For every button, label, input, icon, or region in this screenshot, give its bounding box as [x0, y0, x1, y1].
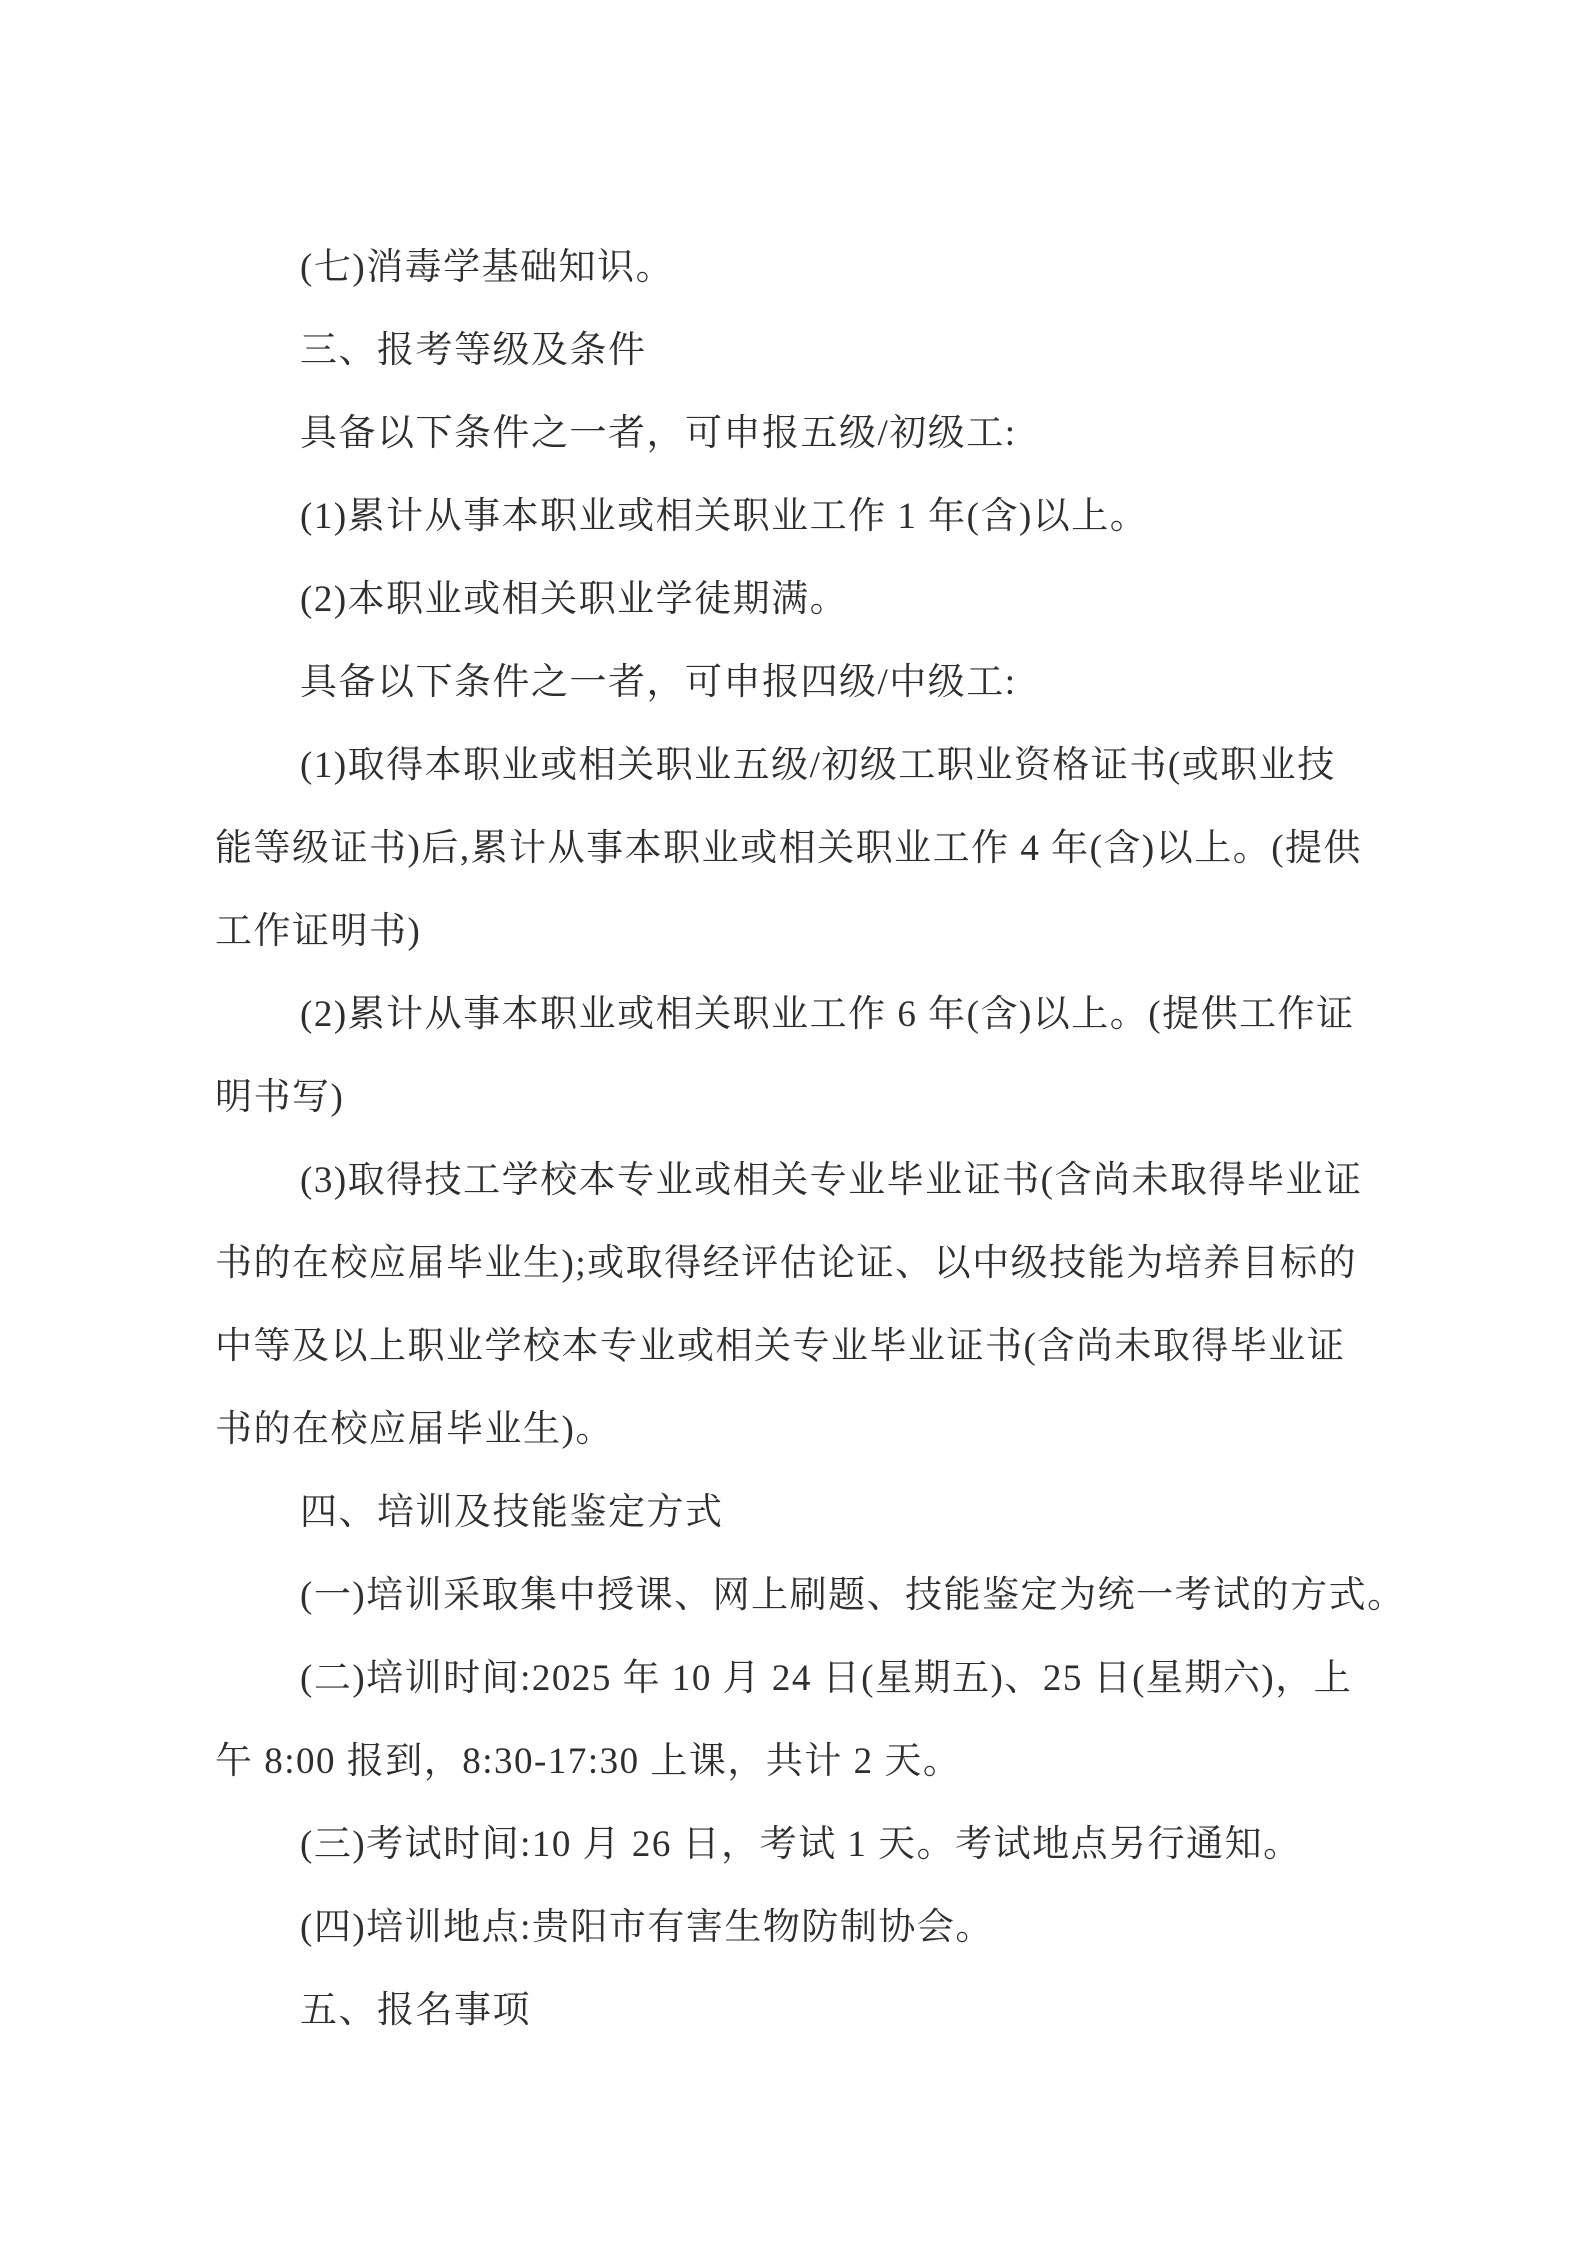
item-training-location: (四)培训地点:贵阳市有害生物防制协会。: [215, 1886, 1387, 1969]
item-level5-cond-1: (1)累计从事本职业或相关职业工作 1 年(含)以上。: [215, 475, 1387, 558]
heading-section-5-registration: 五、报名事项: [215, 1969, 1387, 2052]
para-level4-intro: 具备以下条件之一者，可申报四级/中级工:: [215, 641, 1387, 724]
document-page: (七)消毒学基础知识。 三、报考等级及条件 具备以下条件之一者，可申报五级/初级…: [0, 0, 1587, 2245]
item-training-time-line1: (二)培训时间:2025 年 10 月 24 日(星期五)、25 日(星期六)，…: [215, 1637, 1387, 1720]
item-level4-cond-2-line2: 明书写): [215, 1056, 1387, 1139]
item-level4-cond-3-line4: 书的在校应届毕业生)。: [215, 1388, 1387, 1471]
item-training-time-line2: 午 8:00 报到，8:30-17:30 上课，共计 2 天。: [215, 1720, 1387, 1803]
item-level4-cond-2-line1: (2)累计从事本职业或相关职业工作 6 年(含)以上。(提供工作证: [215, 973, 1387, 1056]
document-body: (七)消毒学基础知识。 三、报考等级及条件 具备以下条件之一者，可申报五级/初级…: [215, 226, 1387, 2052]
item-level4-cond-1-line3: 工作证明书): [215, 890, 1387, 973]
item-level4-cond-1-line2: 能等级证书)后,累计从事本职业或相关职业工作 4 年(含)以上。(提供: [215, 807, 1387, 890]
item-level4-cond-3-line1: (3)取得技工学校本专业或相关专业毕业证书(含尚未取得毕业证: [215, 1139, 1387, 1222]
para-level5-intro: 具备以下条件之一者，可申报五级/初级工:: [215, 392, 1387, 475]
item-training-method: (一)培训采取集中授课、网上刷题、技能鉴定为统一考试的方式。: [215, 1554, 1387, 1637]
heading-section-4-training: 四、培训及技能鉴定方式: [215, 1471, 1387, 1554]
item-level4-cond-3-line2: 书的在校应届毕业生);或取得经评估论证、以中级技能为培养目标的: [215, 1222, 1387, 1305]
item-level5-cond-2: (2)本职业或相关职业学徒期满。: [215, 558, 1387, 641]
item-level4-cond-1-line1: (1)取得本职业或相关职业五级/初级工职业资格证书(或职业技: [215, 724, 1387, 807]
item-7-disinfection-basics: (七)消毒学基础知识。: [215, 226, 1387, 309]
item-level4-cond-3-line3: 中等及以上职业学校本专业或相关专业毕业证书(含尚未取得毕业证: [215, 1305, 1387, 1388]
item-exam-time: (三)考试时间:10 月 26 日，考试 1 天。考试地点另行通知。: [215, 1803, 1387, 1886]
heading-section-3-levels: 三、报考等级及条件: [215, 309, 1387, 392]
